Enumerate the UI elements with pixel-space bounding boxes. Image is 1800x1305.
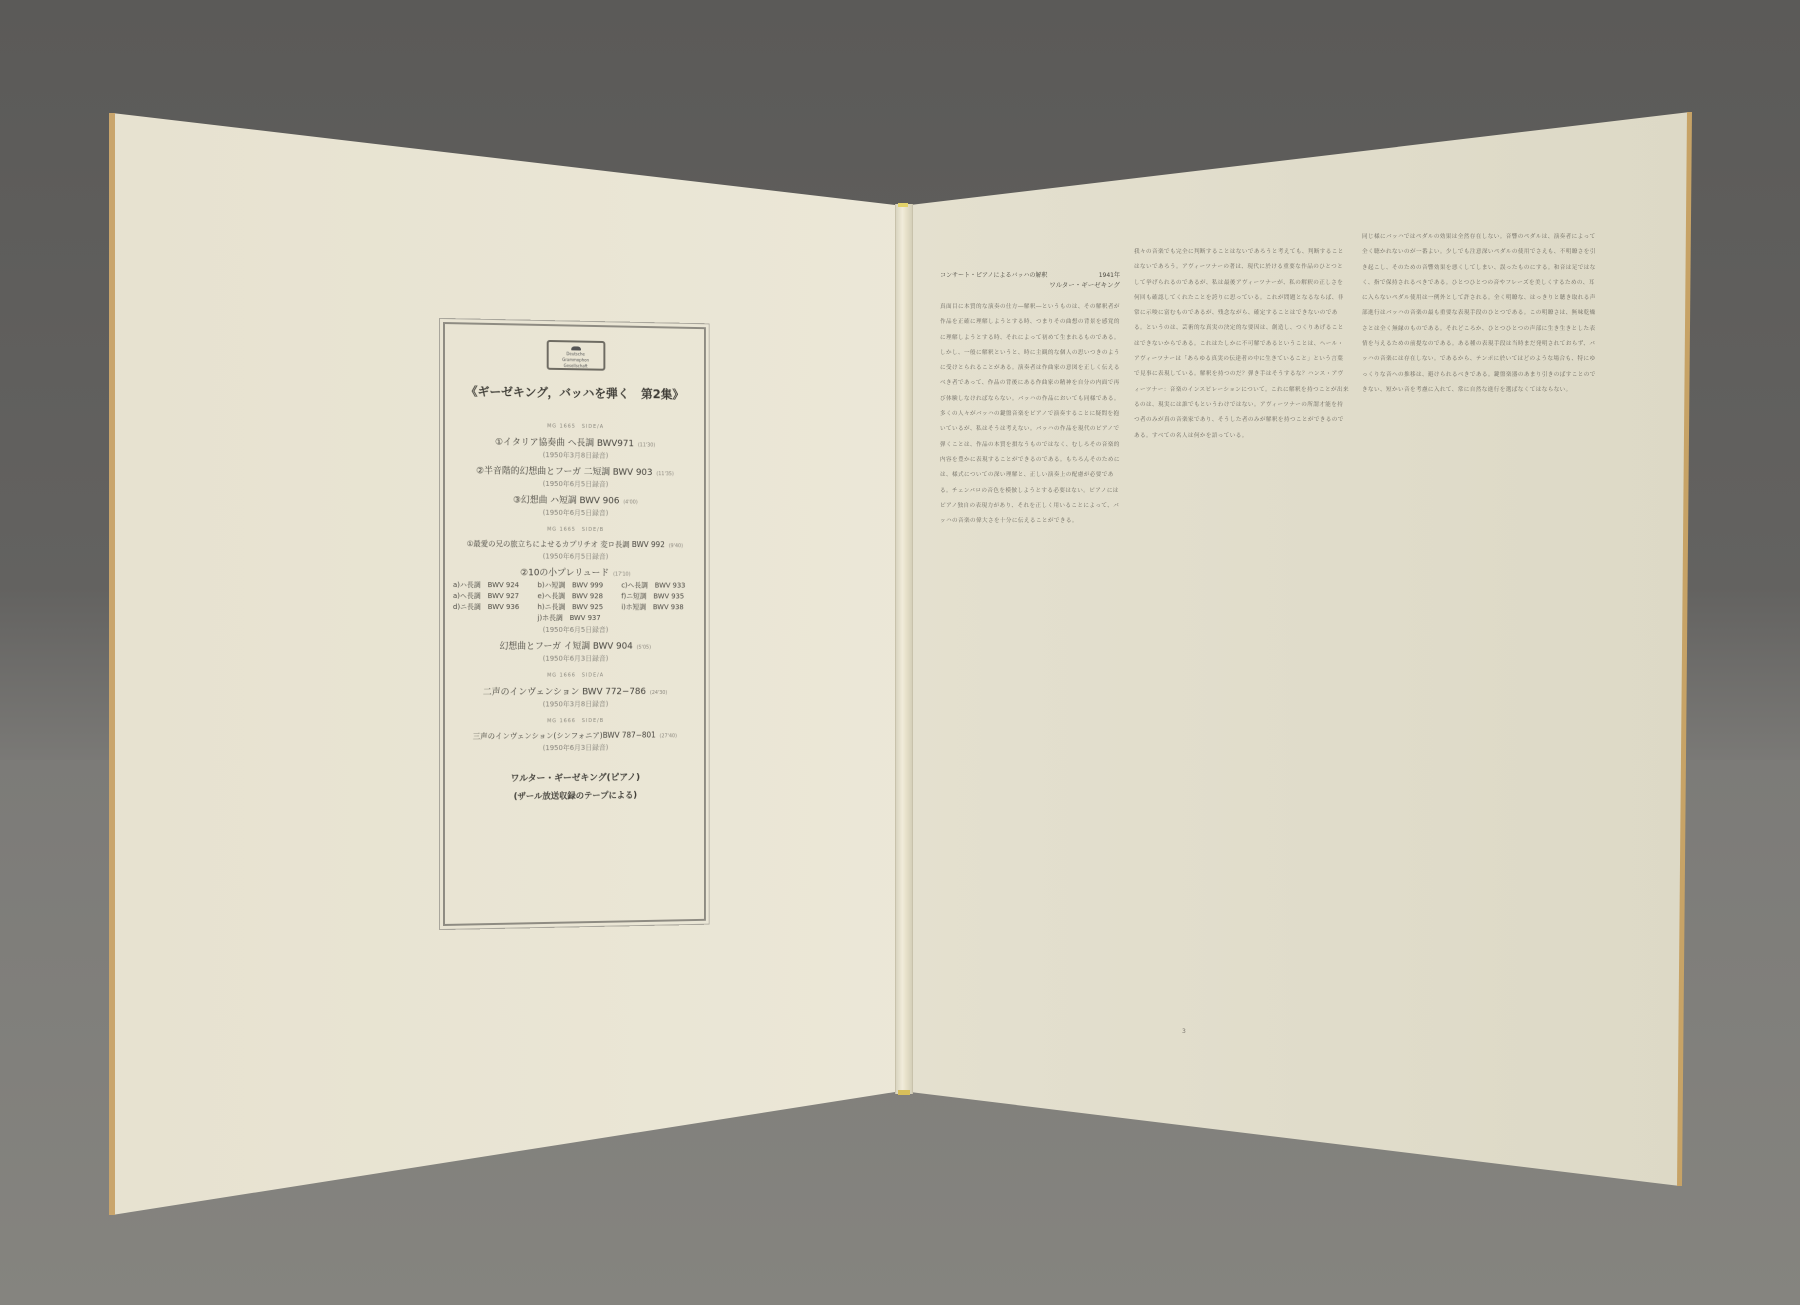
track-label: ①最愛の兄の旅立ちによせるカプリチオ 変ロ長調 BWV 992 (467, 539, 665, 549)
track-duration: (9'40) (669, 543, 683, 549)
recording-date: (1950年6月3日録音) (445, 653, 704, 664)
track-label: ①イタリア協奏曲 ヘ長調 BWV971 (495, 438, 634, 450)
gatefold-spine (895, 204, 913, 1094)
track-duration: (5'05) (637, 645, 651, 651)
recording-date: (1950年3月8日録音) (445, 449, 704, 462)
track-label: 二声のインヴェンション BWV 772−786 (483, 687, 646, 698)
performer-credit: ワルター・ギーゼキング(ピアノ) (445, 769, 704, 785)
recording-date: (1950年6月5日録音) (445, 551, 704, 562)
track-title: ①イタリア協奏曲 ヘ長調 BWV971(11'30) (445, 434, 704, 450)
essay-year: 1941年 (1099, 270, 1120, 279)
track-label: 幻想曲とフーガ イ短調 BWV 904 (499, 642, 632, 652)
prelude-list: a)ハ長調 BWV 924 b)ハ短調 BWV 999 c)ヘ長調 BWV 93… (453, 580, 700, 623)
essay-header: コンサート・ピアノによるバッハの解釈 1941年 ワルター・ギーゼキング (940, 270, 1120, 279)
track-duration: (17'10) (613, 572, 630, 578)
track-label: ②10の小プレリュード (520, 568, 609, 578)
prelude-item: a)ヘ長調 BWV 927 (453, 591, 534, 601)
essay-column-1: 真面目に本質的な演奏の仕方―解釈―というものは、その解釈者が作品を正確に理解しよ… (940, 300, 1120, 1020)
recording-date: (1950年6月5日録音) (445, 625, 704, 635)
album-title: 《ギーゼキング，バッハを弾く 第2集》 (445, 382, 704, 403)
prelude-item: d)ニ長調 BWV 936 (453, 602, 534, 612)
catalog-side-label: MG 1665 SIDE/B (445, 525, 704, 534)
track-label: 三声のインヴェンション(シンフォニア)BWV 787−801 (473, 730, 656, 740)
track-title: 三声のインヴェンション(シンフォニア)BWV 787−801(27'40) (445, 729, 704, 742)
prelude-item: e)ヘ長調 BWV 928 (538, 591, 618, 601)
track-duration: (4'00) (623, 499, 637, 505)
logo-line: Gesellschaft (548, 363, 603, 370)
track-duration: (11'30) (638, 442, 655, 448)
catalog-side-label: MG 1665 SIDE/A (445, 421, 704, 431)
dg-logo-icon: Deutsche Grammophon Gesellschaft (546, 340, 605, 371)
track-title: ②半音階的幻想曲とフーガ 二短調 BWV 903(11'35) (445, 463, 704, 479)
catalog-side-label: MG 1666 SIDE/A (445, 671, 704, 679)
page-number: 3 (1182, 1028, 1186, 1035)
prelude-item: c)ヘ長調 BWV 933 (621, 581, 700, 591)
source-note: (ザール放送収録のテープによる) (445, 788, 704, 803)
recording-date: (1950年6月3日録音) (445, 742, 704, 754)
essay-column-3: 同じ様にバッハではペダルの効果は全然存在しない。音響のペダルは、演奏者によって全… (1362, 230, 1597, 1110)
track-title: 二声のインヴェンション BWV 772−786(24'30) (445, 684, 704, 698)
essay-author: ワルター・ギーゼキング (1049, 280, 1120, 289)
prelude-item (453, 613, 534, 623)
prelude-item (621, 613, 700, 623)
track-duration: (24'30) (650, 690, 667, 696)
recording-date: (1950年6月5日録音) (445, 507, 704, 519)
essay-column-2: 我々の音楽でも完全に判断することはないであろうと考えても、判断することはないであ… (1134, 245, 1349, 1015)
track-label: ②半音階的幻想曲とフーガ 二短調 BWV 903 (476, 466, 652, 478)
prelude-item: j)ホ長調 BWV 937 (538, 613, 618, 623)
track-title: ③幻想曲 ハ短調 BWV 906(4'00) (445, 492, 704, 507)
tracklist-panel: Deutsche Grammophon Gesellschaft 《ギーゼキング… (443, 322, 706, 926)
essay-title: コンサート・ピアノによるバッハの解釈 (940, 272, 1048, 279)
catalog-side-label: MG 1666 SIDE/B (445, 716, 704, 725)
prelude-item: h)ニ長調 BWV 925 (538, 602, 618, 612)
track-title: ①最愛の兄の旅立ちによせるカプリチオ 変ロ長調 BWV 992(9'40) (445, 538, 704, 550)
track-title: 幻想曲とフーガ イ短調 BWV 904(5'05) (445, 639, 704, 652)
tulip-crown-icon (571, 346, 581, 350)
prelude-item: f)ニ短調 BWV 935 (621, 591, 700, 601)
track-duration: (11'35) (656, 471, 673, 477)
track-label: ③幻想曲 ハ短調 BWV 906 (513, 496, 619, 507)
track-duration: (27'40) (660, 733, 677, 739)
prelude-item: a)ハ長調 BWV 924 (453, 580, 534, 590)
recording-date: (1950年6月5日録音) (445, 478, 704, 490)
spine-top-tape (898, 203, 908, 207)
recording-date: (1950年3月8日録音) (445, 699, 704, 710)
track-title: ②10の小プレリュード(17'10) (445, 565, 704, 579)
prelude-item: b)ハ短調 BWV 999 (538, 580, 618, 590)
prelude-item: i)ホ短調 BWV 938 (621, 602, 700, 612)
spine-bottom-tape (898, 1090, 910, 1095)
